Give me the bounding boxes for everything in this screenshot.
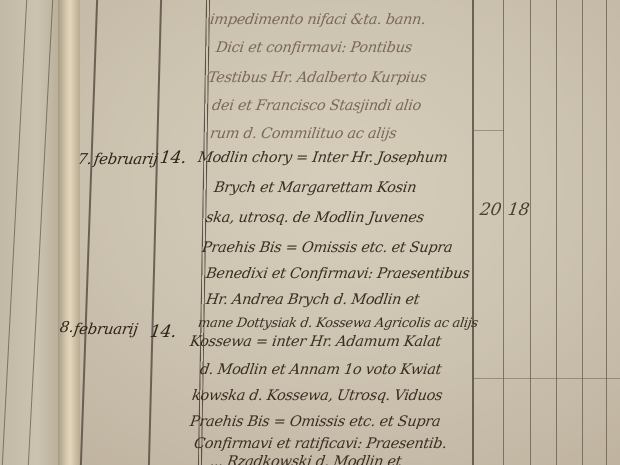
entry-text-line: ska, utrosq. de Modlin Juvenes — [205, 210, 425, 226]
entry-text-line: ... Rzadkowski d. Modlin et — [209, 454, 402, 465]
entry-text-line: Benedixi et Confirmavi: Praesentibus — [205, 266, 471, 282]
entry-text-line: Brych et Margarettam Kosin — [213, 180, 417, 196]
horizontal-rule — [474, 130, 504, 131]
rule-line-number-column — [148, 0, 162, 465]
rule-line-date-column — [80, 0, 98, 465]
rule-line — [503, 0, 504, 465]
entry-text-line: kowska d. Kossewa, Utrosq. Viduos — [191, 388, 443, 404]
entry-text-line: Praehis Bis = Omissis etc. et Supra — [201, 240, 454, 256]
continuation-line: Testibus Hr. Adalberto Kurpius — [207, 70, 428, 86]
rule-line — [530, 0, 531, 465]
side-count-right: 18 — [507, 200, 531, 220]
entry-text-line: d. Modlin et Annam 1o voto Kwiat — [199, 362, 442, 378]
continuation-line: rum d. Commilituo ac alijs — [209, 126, 398, 142]
rule-line — [582, 0, 583, 465]
entry-number: 14. — [149, 322, 178, 342]
entry-text-line: Confirmavi et ratificavi: Praesentib. — [193, 436, 448, 452]
rule-line-text-column-right — [472, 0, 474, 465]
entry-text-line: Hr. Andrea Brych d. Modlin et — [205, 292, 420, 308]
register-page: impedimento nifaci &ta. bann. Dici et co… — [0, 0, 620, 465]
continuation-line: impedimento nifaci &ta. bann. — [209, 12, 427, 28]
entry-day: 7. — [77, 150, 93, 168]
entry-text-line: mane Dottysiak d. Kossewa Agricolis ac a… — [197, 316, 479, 331]
entry-text-line: Kossewa = inter Hr. Adamum Kalat — [189, 334, 442, 350]
rule-line — [606, 0, 607, 465]
horizontal-rule — [474, 378, 620, 379]
continuation-line: Dici et confirmavi: Pontibus — [215, 40, 413, 56]
entry-month: februarij — [73, 320, 139, 338]
entry-month: februarij — [93, 150, 159, 168]
entry-text-line: Modlin chory = Inter Hr. Josephum — [197, 150, 449, 166]
continuation-line: dei et Francisco Stasjindi alio — [211, 98, 422, 114]
side-count-left: 20 — [479, 200, 503, 220]
rule-line — [556, 0, 557, 465]
entry-number: 14. — [159, 148, 188, 168]
entry-text-line: Praehis Bis = Omissis etc. et Supra — [189, 414, 442, 430]
book-gutter — [58, 0, 80, 465]
